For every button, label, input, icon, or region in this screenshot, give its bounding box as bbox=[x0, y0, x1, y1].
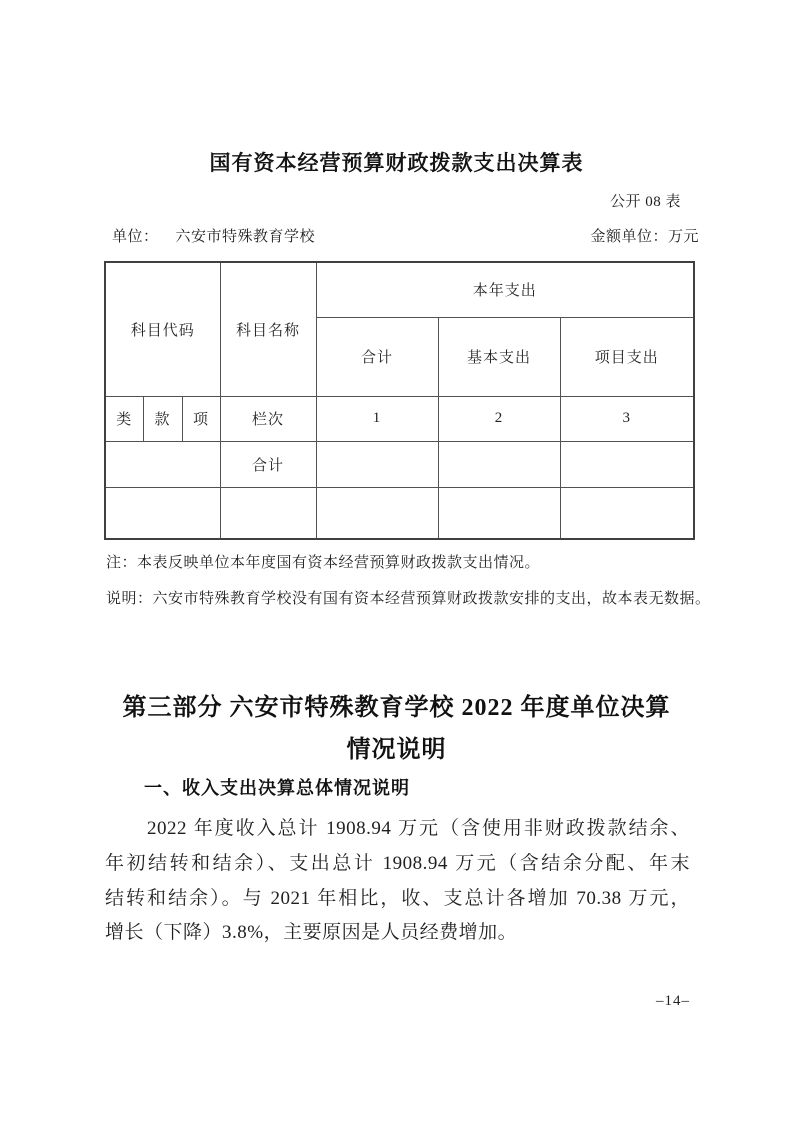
cell-basic bbox=[438, 441, 560, 487]
cell-total bbox=[316, 441, 438, 487]
col-header-current-year-expenditure: 本年支出 bbox=[316, 262, 694, 317]
body-paragraph: 2022 年度收入总计 1908.94 万元（含使用非财政拨款结余、 年初结转和… bbox=[105, 812, 690, 951]
document-page: 国有资本经营预算财政拨款支出决算表 公开 08 表 单位：六安市特殊教育学校 金… bbox=[0, 0, 793, 1122]
table-header-row-3: 类 款 项 栏次 1 2 3 bbox=[105, 396, 694, 441]
col-index-1: 1 bbox=[316, 396, 438, 441]
cell-code bbox=[105, 487, 220, 539]
table-note: 注：本表反映单位本年度国有资本经营预算财政拨款支出情况。 bbox=[106, 551, 540, 572]
col-index-2: 2 bbox=[438, 396, 560, 441]
cell-total bbox=[316, 487, 438, 539]
unit-label: 单位： bbox=[112, 229, 159, 245]
paragraph-line: 结转和结余）。与 2021 年相比，收、支总计各增加 70.38 万元， bbox=[105, 882, 690, 917]
col-header-subject-code: 科目代码 bbox=[105, 262, 220, 396]
paragraph-line: 增长（下降）3.8%，主要原因是人员经费增加。 bbox=[105, 916, 690, 951]
unit-group: 单位：六安市特殊教育学校 bbox=[112, 225, 315, 246]
amount-unit-label: 金额单位：万元 bbox=[590, 225, 699, 246]
col-header-project-expenditure: 项目支出 bbox=[560, 317, 694, 396]
table-header-row-1: 科目代码 科目名称 本年支出 bbox=[105, 262, 694, 317]
paragraph-line: 年初结转和结余）、支出总计 1908.94 万元（含结余分配、年末 bbox=[105, 847, 690, 882]
col-header-code-item: 项 bbox=[182, 396, 220, 441]
col-header-subject-name: 科目名称 bbox=[220, 262, 316, 396]
document-title: 国有资本经营预算财政拨款支出决算表 bbox=[0, 147, 793, 177]
unit-row: 单位：六安市特殊教育学校 金额单位：万元 bbox=[112, 225, 699, 246]
col-header-code-class: 类 bbox=[105, 396, 143, 441]
section-heading: 第三部分 六安市特殊教育学校 2022 年度单位决算 情况说明 bbox=[0, 687, 793, 771]
table-row bbox=[105, 487, 694, 539]
paragraph-line: 2022 年度收入总计 1908.94 万元（含使用非财政拨款结余、 bbox=[105, 812, 690, 847]
section-heading-line-1: 第三部分 六安市特殊教育学校 2022 年度单位决算 bbox=[0, 687, 793, 729]
table-row: 合计 bbox=[105, 441, 694, 487]
table-code-label: 公开 08 表 bbox=[610, 190, 681, 211]
col-header-total: 合计 bbox=[316, 317, 438, 396]
cell-project bbox=[560, 441, 694, 487]
cell-project bbox=[560, 487, 694, 539]
section-heading-line-2: 情况说明 bbox=[0, 729, 793, 771]
cell-name: 合计 bbox=[220, 441, 316, 487]
page-number: –14– bbox=[656, 993, 690, 1010]
subsection-heading: 一、收入支出决算总体情况说明 bbox=[104, 774, 692, 800]
expenditure-table: 科目代码 科目名称 本年支出 合计 基本支出 项目支出 类 款 项 栏次 1 2… bbox=[104, 261, 695, 540]
col-header-column-index: 栏次 bbox=[220, 396, 316, 441]
cell-basic bbox=[438, 487, 560, 539]
cell-name bbox=[220, 487, 316, 539]
table-explanation: 说明：六安市特殊教育学校没有国有资本经营预算财政拨款安排的支出，故本表无数据。 bbox=[106, 587, 711, 608]
unit-name: 六安市特殊教育学校 bbox=[176, 229, 316, 245]
col-header-basic-expenditure: 基本支出 bbox=[438, 317, 560, 396]
col-index-3: 3 bbox=[560, 396, 694, 441]
col-header-code-section: 款 bbox=[143, 396, 182, 441]
cell-code bbox=[105, 441, 220, 487]
